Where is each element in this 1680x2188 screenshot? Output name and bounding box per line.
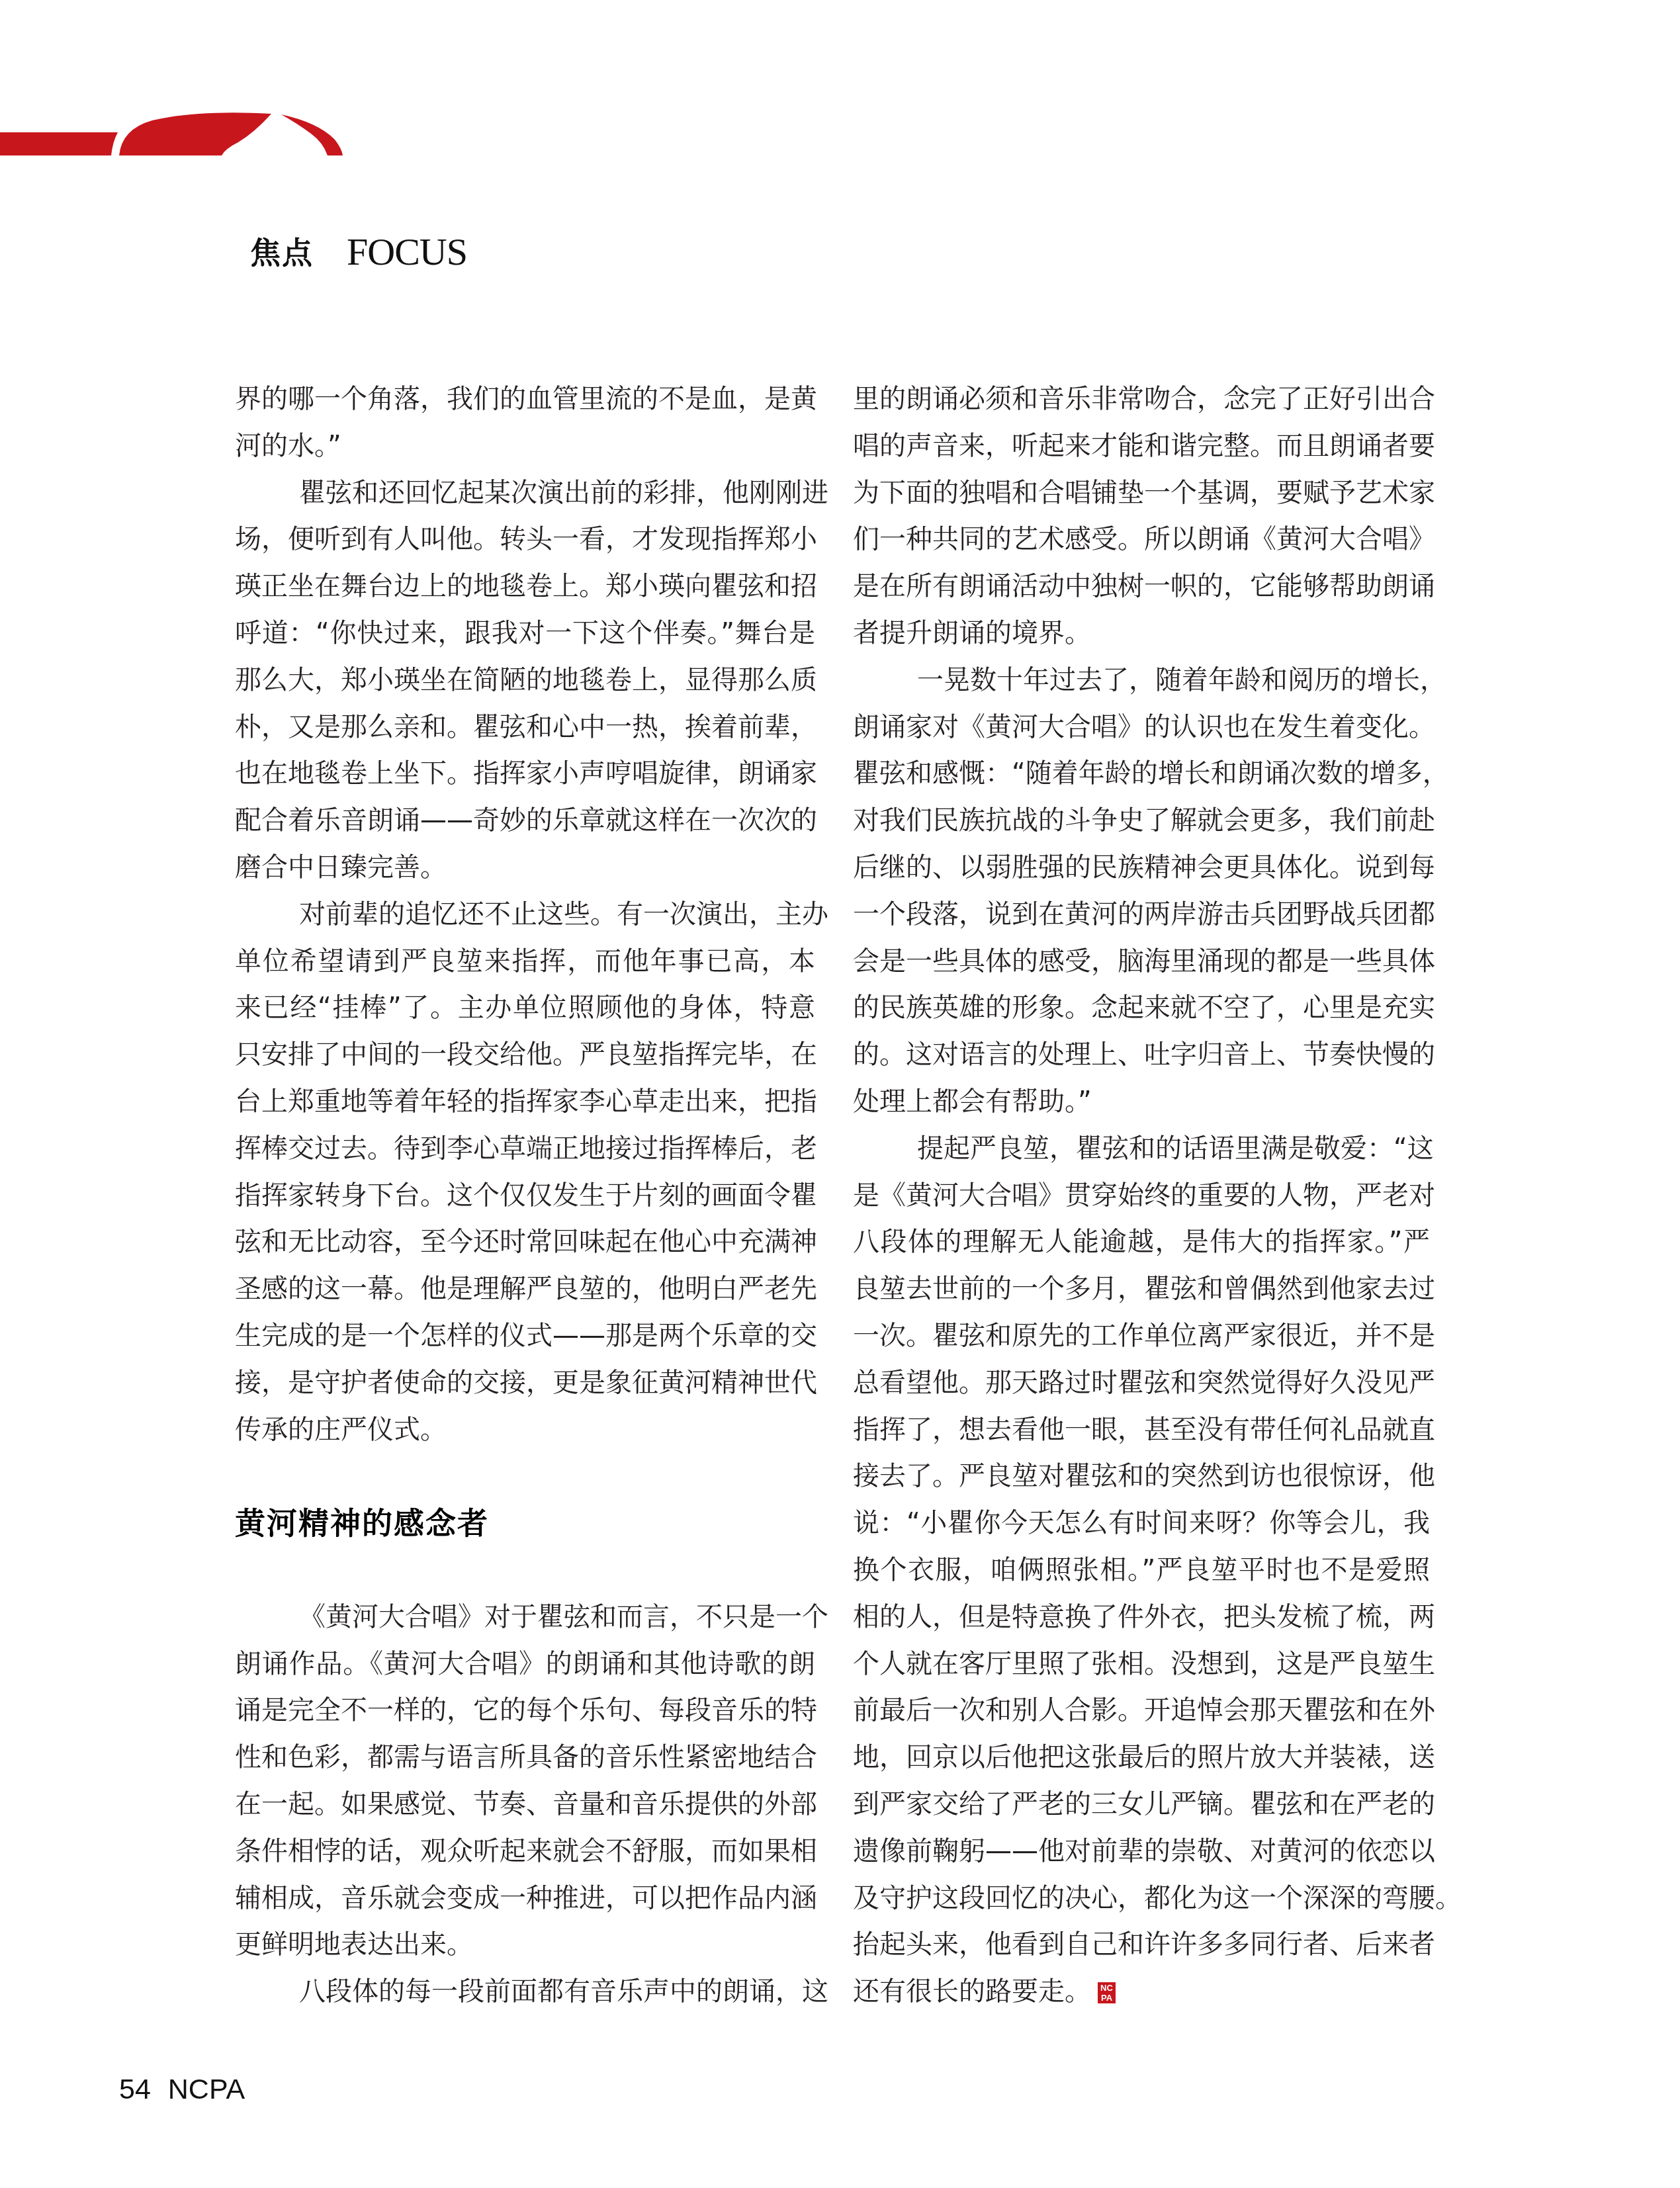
line-text: 台上郑重地等着年轻的指挥家李心草走出来，把指 — [235, 1086, 817, 1117]
paragraph-line: 遗像前鞠躬——他对前辈的崇敬、对黄河的依恋以 — [853, 1835, 1430, 1868]
line-text: 条件相悖的话，观众听起来就会不舒服，而如果相 — [235, 1836, 817, 1866]
paragraph-line: 场，便听到有人叫他。转头一看，才发现指挥郑小 — [235, 523, 815, 556]
line-text: 磨合中日臻完善。 — [235, 852, 447, 883]
section-label-cn: 焦点 — [250, 236, 314, 270]
paragraph-line: 还有很长的路要走。NCPA — [853, 1975, 1116, 2008]
line-text: 后继的、以弱胜强的民族精神会更具体化。说到每 — [853, 852, 1435, 883]
line-text: 挥棒交过去。待到李心草端正地接过指挥棒后，老 — [235, 1133, 817, 1164]
end-mark-top: NC — [1098, 1983, 1116, 1993]
paragraph-line: 挥棒交过去。待到李心草端正地接过指挥棒后，老 — [235, 1132, 815, 1165]
line-text: 性和色彩，都需与语言所具备的音乐性紧密地结合 — [235, 1742, 817, 1772]
paragraph-line: 一个段落，说到在黄河的两岸游击兵团野战兵团都 — [853, 898, 1430, 931]
line-text: 朗诵家对《黄河大合唱》的认识也在发生着变化。 — [853, 712, 1435, 742]
line-text: 配合着乐音朗诵——奇妙的乐章就这样在一次次的 — [235, 805, 817, 836]
section-heading-text: 黄河精神的感念者 — [235, 1505, 489, 1541]
line-text: 来已经“挂棒”了。主办单位照顾他的身体，特意 — [235, 992, 815, 1023]
paragraph-line: 后继的、以弱胜强的民族精神会更具体化。说到每 — [853, 851, 1430, 884]
paragraph-line: 对我们民族抗战的斗争史了解就会更多，我们前赴 — [853, 804, 1430, 837]
paragraph-line: 说：“小瞿你今天怎么有时间来呀？你等会儿，我 — [853, 1507, 1430, 1540]
line-text: 只安排了中间的一段交给他。严良堃指挥完毕，在 — [235, 1039, 817, 1070]
line-text: 个人就在客厅里照了张相。没想到，这是严良堃生 — [853, 1649, 1435, 1679]
line-text: 八段体的理解无人能逾越，是伟大的指挥家。”严 — [853, 1227, 1430, 1257]
paragraph-line: 诵是完全不一样的，它的每个乐句、每段音乐的特 — [235, 1694, 815, 1727]
header-red-arc-graphic — [0, 106, 503, 165]
paragraph-line: 接去了。严良堃对瞿弦和的突然到访也很惊讶，他 — [853, 1460, 1430, 1493]
line-text: 总看望他。那天路过时瞿弦和突然觉得好久没见严 — [853, 1368, 1435, 1398]
line-text: 抬起头来，他看到自己和许许多多同行者、后来者 — [853, 1929, 1435, 1960]
paragraph-line: 会是一些具体的感受，脑海里涌现的都是一些具体 — [853, 945, 1430, 978]
paragraph-line: 里的朗诵必须和音乐非常吻合，念完了正好引出合 — [853, 382, 1430, 416]
paragraph-line: 们一种共同的艺术感受。所以朗诵《黄河大合唱》 — [853, 523, 1430, 556]
paragraph-line: 处理上都会有帮助。” — [853, 1085, 1092, 1118]
line-text: 界的哪一个角落，我们的血管里流的不是血，是黄 — [235, 384, 817, 414]
paragraph-line: 单位希望请到严良堃来指挥，而他年事已高，本 — [235, 945, 815, 978]
line-text: 一次。瞿弦和原先的工作单位离严家很近，并不是 — [853, 1321, 1435, 1351]
line-text: 唱的声音来，听起来才能和谐完整。而且朗诵者要 — [853, 431, 1435, 461]
paragraph-line: 的。这对语言的处理上、吐字归音上、节奏快慢的 — [853, 1038, 1430, 1071]
line-text: 提起严良堃，瞿弦和的话语里满是敬爱：“这 — [917, 1133, 1434, 1164]
paragraph-line: 到严家交给了严老的三女儿严镝。瞿弦和在严老的 — [853, 1788, 1430, 1821]
paragraph-line: 对前辈的追忆还不止这些。有一次演出，主办 — [235, 898, 815, 931]
paragraph-line: 配合着乐音朗诵——奇妙的乐章就这样在一次次的 — [235, 804, 815, 837]
line-text: 接，是守护者使命的交接，更是象征黄河精神世代 — [235, 1368, 817, 1398]
paragraph-line: 个人就在客厅里照了张相。没想到，这是严良堃生 — [853, 1647, 1430, 1681]
line-text: 场，便听到有人叫他。转头一看，才发现指挥郑小 — [235, 524, 817, 554]
paragraph-line: 提起严良堃，瞿弦和的话语里满是敬爱：“这 — [853, 1132, 1430, 1165]
line-text: 朗诵作品。《黄河大合唱》的朗诵和其他诗歌的朗 — [235, 1649, 815, 1679]
line-text: 说：“小瞿你今天怎么有时间来呀？你等会儿，我 — [853, 1508, 1430, 1538]
paragraph-line: 呼道：“你快过来，跟我对一下这个伴奏。”舞台是 — [235, 617, 815, 650]
paragraph-line: 河的水。” — [235, 429, 341, 462]
paragraph-line: 换个衣服，咱俩照张相。”严良堃平时也不是爱照 — [853, 1553, 1430, 1587]
paragraph-line: 及守护这段回忆的决心，都化为这一个深深的弯腰。 — [853, 1882, 1430, 1915]
line-text: 处理上都会有帮助。” — [853, 1086, 1092, 1117]
line-text: 弦和无比动容，至今还时常回味起在他心中充满神 — [235, 1227, 817, 1257]
line-text: 《黄河大合唱》对于瞿弦和而言，不只是一个 — [299, 1602, 828, 1632]
paragraph-line: 指挥了，想去看他一眼，甚至没有带任何礼品就直 — [853, 1413, 1430, 1446]
paragraph-line: 者提升朗诵的境界。 — [853, 617, 1091, 650]
paragraph-line: 八段体的理解无人能逾越，是伟大的指挥家。”严 — [853, 1225, 1430, 1258]
paragraph-line: 是《黄河大合唱》贯穿始终的重要的人物，严老对 — [853, 1179, 1430, 1212]
line-text: 接去了。严良堃对瞿弦和的突然到访也很惊讶，他 — [853, 1461, 1435, 1491]
line-text: 是《黄河大合唱》贯穿始终的重要的人物，严老对 — [853, 1180, 1435, 1211]
line-text: 一个段落，说到在黄河的两岸游击兵团野战兵团都 — [853, 899, 1435, 930]
paragraph-line: 更鲜明地表达出来。 — [235, 1928, 473, 1961]
line-text: 指挥了，想去看他一眼，甚至没有带任何礼品就直 — [853, 1415, 1435, 1445]
paragraph-line: 只安排了中间的一段交给他。严良堃指挥完毕，在 — [235, 1038, 815, 1071]
section-label-en: FOCUS — [347, 233, 467, 271]
line-text: 瞿弦和感慨：“随着年龄的增长和朗诵次数的增多， — [853, 758, 1449, 789]
paragraph-line: 朗诵家对《黄河大合唱》的认识也在发生着变化。 — [853, 711, 1430, 744]
paragraph-line: 地，回京以后他把这张最后的照片放大并装裱，送 — [853, 1741, 1430, 1774]
paragraph-line: 是在所有朗诵活动中独树一帜的，它能够帮助朗诵 — [853, 570, 1430, 603]
line-text: 为下面的独唱和合唱铺垫一个基调，要赋予艺术家 — [853, 478, 1435, 508]
line-text: 瑛正坐在舞台边上的地毯卷上。郑小瑛向瞿弦和招 — [235, 571, 817, 601]
paragraph-line: 为下面的独唱和合唱铺垫一个基调，要赋予艺术家 — [853, 476, 1430, 509]
line-text: 还有很长的路要走。 — [853, 1976, 1091, 2007]
ncpa-end-mark-icon: NCPA — [1098, 1982, 1116, 2003]
paragraph-line: 一次。瞿弦和原先的工作单位离严家很近，并不是 — [853, 1319, 1430, 1352]
paragraph-line: 瞿弦和还回忆起某次演出前的彩排，他刚刚进 — [235, 476, 815, 509]
line-text: 单位希望请到严良堃来指挥，而他年事已高，本 — [235, 946, 815, 977]
page-footer: 54 NCPA — [119, 2074, 245, 2105]
paragraph-line: 接，是守护者使命的交接，更是象征黄河精神世代 — [235, 1366, 815, 1399]
section-header: 焦点 FOCUS — [0, 106, 503, 165]
line-text: 那么大，郑小瑛坐在简陋的地毯卷上，显得那么质 — [235, 665, 817, 695]
line-text: 瞿弦和还回忆起某次演出前的彩排，他刚刚进 — [299, 478, 828, 508]
paragraph-line: 在一起。如果感觉、节奏、音量和音乐提供的外部 — [235, 1788, 815, 1821]
paragraph-line: 磨合中日臻完善。 — [235, 851, 447, 884]
line-text: 到严家交给了严老的三女儿严镝。瞿弦和在严老的 — [853, 1789, 1435, 1819]
line-text: 呼道：“你快过来，跟我对一下这个伴奏。”舞台是 — [235, 618, 815, 648]
page-number: 54 — [119, 2074, 151, 2105]
line-text: 会是一些具体的感受，脑海里涌现的都是一些具体 — [853, 946, 1435, 977]
line-text: 对我们民族抗战的斗争史了解就会更多，我们前赴 — [853, 805, 1435, 836]
line-text: 河的水。” — [235, 431, 341, 461]
paragraph-line: 朴，又是那么亲和。瞿弦和心中一热，挨着前辈， — [235, 711, 815, 744]
paragraph-line: 界的哪一个角落，我们的血管里流的不是血，是黄 — [235, 382, 815, 416]
line-text: 相的人，但是特意换了件外衣，把头发梳了梳，两 — [853, 1602, 1435, 1632]
paragraph-line: 来已经“挂棒”了。主办单位照顾他的身体，特意 — [235, 991, 815, 1024]
line-text: 朴，又是那么亲和。瞿弦和心中一热，挨着前辈， — [235, 712, 817, 742]
paragraph-line: 生完成的是一个怎样的仪式——那是两个乐章的交 — [235, 1319, 815, 1352]
paragraph-line: 辅相成，音乐就会变成一种推进，可以把作品内涵 — [235, 1882, 815, 1915]
line-text: 的。这对语言的处理上、吐字归音上、节奏快慢的 — [853, 1039, 1435, 1070]
paragraph-line: 瑛正坐在舞台边上的地毯卷上。郑小瑛向瞿弦和招 — [235, 570, 815, 603]
line-text: 也在地毯卷上坐下。指挥家小声哼唱旋律，朗诵家 — [235, 758, 817, 789]
line-text: 的民族英雄的形象。念起来就不空了，心里是充实 — [853, 992, 1435, 1023]
paragraph-line: 那么大，郑小瑛坐在简陋的地毯卷上，显得那么质 — [235, 664, 815, 697]
paragraph-line: 总看望他。那天路过时瞿弦和突然觉得好久没见严 — [853, 1366, 1430, 1399]
line-text: 八段体的每一段前面都有音乐声中的朗诵，这 — [299, 1976, 828, 2007]
paragraph-line: 八段体的每一段前面都有音乐声中的朗诵，这 — [235, 1975, 815, 2008]
paragraph-line: 传承的庄严仪式。 — [235, 1413, 447, 1446]
line-text: 良堃去世前的一个多月，瞿弦和曾偶然到他家去过 — [853, 1274, 1435, 1304]
line-text: 一晃数十年过去了，随着年龄和阅历的增长， — [917, 665, 1446, 695]
line-text: 传承的庄严仪式。 — [235, 1415, 447, 1445]
section-heading: 黄河精神的感念者 — [235, 1507, 489, 1540]
paragraph-line: 良堃去世前的一个多月，瞿弦和曾偶然到他家去过 — [853, 1272, 1430, 1305]
line-text: 更鲜明地表达出来。 — [235, 1929, 473, 1960]
paragraph-line: 条件相悖的话，观众听起来就会不舒服，而如果相 — [235, 1835, 815, 1868]
line-text: 地，回京以后他把这张最后的照片放大并装裱，送 — [853, 1742, 1435, 1772]
line-text: 辅相成，音乐就会变成一种推进，可以把作品内涵 — [235, 1883, 817, 1913]
paragraph-line: 性和色彩，都需与语言所具备的音乐性紧密地结合 — [235, 1741, 815, 1774]
paragraph-line: 圣感的这一幕。他是理解严良堃的，他明白严老先 — [235, 1272, 815, 1305]
line-text: 们一种共同的艺术感受。所以朗诵《黄河大合唱》 — [853, 524, 1435, 554]
end-mark-bottom: PA — [1098, 1993, 1116, 2003]
line-text: 对前辈的追忆还不止这些。有一次演出，主办 — [299, 899, 828, 930]
paragraph-line: 弦和无比动容，至今还时常回味起在他心中充满神 — [235, 1225, 815, 1258]
paragraph-line: 瞿弦和感慨：“随着年龄的增长和朗诵次数的增多， — [853, 757, 1430, 790]
paragraph-line: 唱的声音来，听起来才能和谐完整。而且朗诵者要 — [853, 429, 1430, 462]
line-text: 在一起。如果感觉、节奏、音量和音乐提供的外部 — [235, 1789, 817, 1819]
line-text: 者提升朗诵的境界。 — [853, 618, 1091, 648]
line-text: 换个衣服，咱俩照张相。”严良堃平时也不是爱照 — [853, 1555, 1430, 1585]
paragraph-line: 也在地毯卷上坐下。指挥家小声哼唱旋律，朗诵家 — [235, 757, 815, 790]
paragraph-line: 一晃数十年过去了，随着年龄和阅历的增长， — [853, 664, 1430, 697]
publication-name: NCPA — [168, 2074, 245, 2105]
line-text: 遗像前鞠躬——他对前辈的崇敬、对黄河的依恋以 — [853, 1836, 1435, 1866]
line-text: 及守护这段回忆的决心，都化为这一个深深的弯腰。 — [853, 1883, 1462, 1913]
paragraph-line: 的民族英雄的形象。念起来就不空了，心里是充实 — [853, 991, 1430, 1024]
paragraph-line: 台上郑重地等着年轻的指挥家李心草走出来，把指 — [235, 1085, 815, 1118]
line-text: 诵是完全不一样的，它的每个乐句、每段音乐的特 — [235, 1695, 817, 1726]
line-text: 里的朗诵必须和音乐非常吻合，念完了正好引出合 — [853, 384, 1435, 414]
line-text: 是在所有朗诵活动中独树一帜的，它能够帮助朗诵 — [853, 571, 1435, 601]
paragraph-line: 抬起头来，他看到自己和许许多多同行者、后来者 — [853, 1928, 1430, 1961]
paragraph-line: 《黄河大合唱》对于瞿弦和而言，不只是一个 — [235, 1600, 815, 1634]
paragraph-line: 相的人，但是特意换了件外衣，把头发梳了梳，两 — [853, 1600, 1430, 1634]
line-text: 圣感的这一幕。他是理解严良堃的，他明白严老先 — [235, 1274, 817, 1304]
paragraph-line: 指挥家转身下台。这个仅仅发生于片刻的画面令瞿 — [235, 1179, 815, 1212]
paragraph-line: 朗诵作品。《黄河大合唱》的朗诵和其他诗歌的朗 — [235, 1647, 815, 1681]
paragraph-line: 前最后一次和别人合影。开追悼会那天瞿弦和在外 — [853, 1694, 1430, 1727]
line-text: 前最后一次和别人合影。开追悼会那天瞿弦和在外 — [853, 1695, 1435, 1726]
line-text: 生完成的是一个怎样的仪式——那是两个乐章的交 — [235, 1321, 817, 1351]
line-text: 指挥家转身下台。这个仅仅发生于片刻的画面令瞿 — [235, 1180, 817, 1211]
